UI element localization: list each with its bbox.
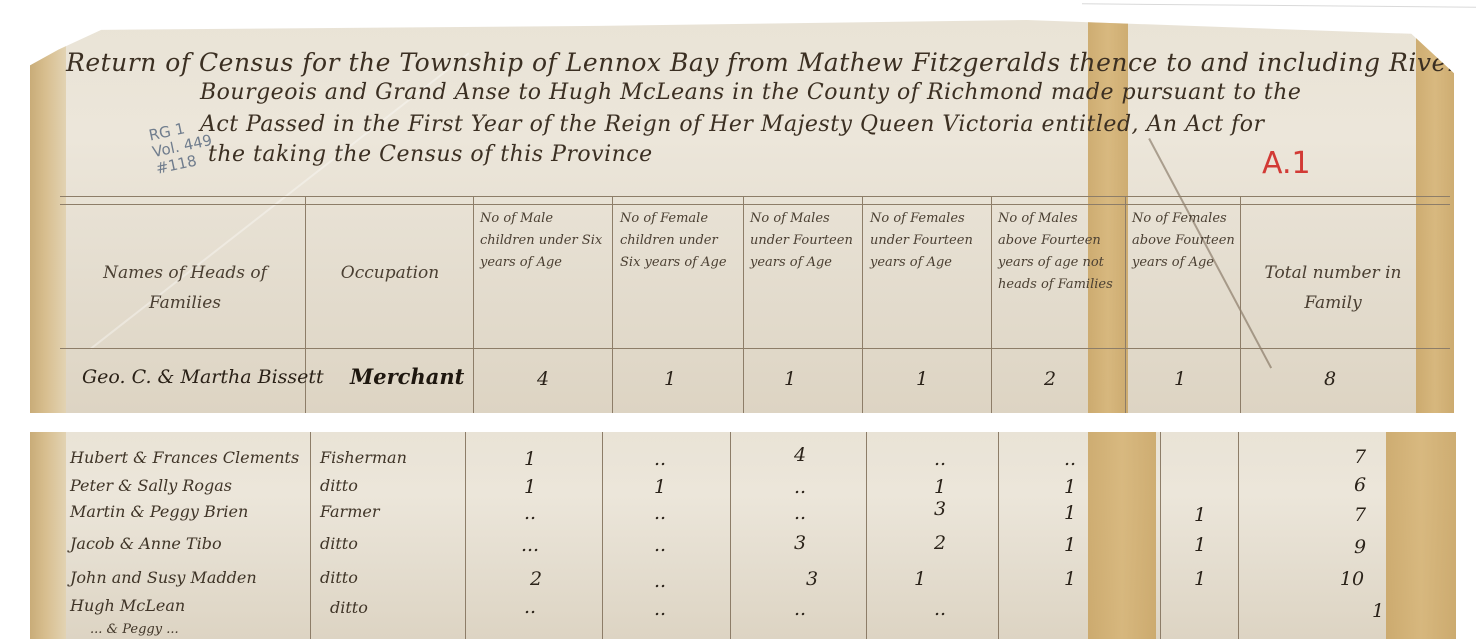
col-divider <box>602 432 603 639</box>
cell-female-above-14: 1 <box>1170 504 1230 526</box>
col-head-male-above-14: No of Males above Fourteen years of age … <box>998 208 1120 296</box>
cell-female-under-6: .. <box>630 502 690 524</box>
cell-male-under-6: .. <box>500 596 560 618</box>
cell-female-above-14: 1 <box>1170 534 1230 556</box>
census-page-top-strip: Return of Census for the Township of Len… <box>30 18 1454 413</box>
cell-occupation: Fisherman <box>320 448 407 467</box>
col-head-name: Names of Heads of Families <box>70 258 300 318</box>
cell-female-above-14: 1 <box>1150 368 1210 390</box>
cell-occupation: Farmer <box>320 502 380 521</box>
cell-female-under-6: .. <box>630 534 690 556</box>
cell-female-under-6: .. <box>630 448 690 470</box>
cell-male-under-14: 4 <box>770 444 830 466</box>
cell-male-above-14: .. <box>1040 448 1100 470</box>
cell-total: 6 <box>1330 474 1390 496</box>
table-top-rule-2 <box>60 204 1450 205</box>
cell-total: 7 <box>1330 504 1390 526</box>
cell-total: 7 <box>1330 446 1390 468</box>
col-head-male-under-6: No of Male children under Six years of A… <box>480 208 608 274</box>
col-divider <box>473 196 474 413</box>
cell-female-under-6: 1 <box>630 476 690 498</box>
title-line-4: the taking the Census of this Province <box>208 142 653 167</box>
cell-male-above-14: 1 <box>1040 534 1100 556</box>
col-head-total: Total number in Family <box>1248 258 1418 318</box>
cell-male-under-6: 2 <box>506 568 566 590</box>
census-page-bottom-strip: Hubert & Frances Clements Fisherman 1 ..… <box>30 432 1456 639</box>
cell-female-under-14: 1 <box>892 368 952 390</box>
cell-occupation: Merchant <box>350 364 464 389</box>
cell-female-under-14: .. <box>910 598 970 620</box>
cell-male-above-14: 1 <box>1040 502 1100 524</box>
col-divider <box>866 432 867 639</box>
col-divider <box>998 432 999 639</box>
title-line-3: Act Passed in the First Year of the Reig… <box>200 112 1265 137</box>
page-stamp: A.1 <box>1262 146 1311 181</box>
scan-edge-line <box>1082 3 1476 7</box>
title-line-2: Bourgeois and Grand Anse to Hugh McLeans… <box>200 80 1301 105</box>
cell-male-under-6: 1 <box>500 448 560 470</box>
cell-name: Jacob & Anne Tibo <box>70 534 222 553</box>
col-divider <box>862 196 863 413</box>
col-divider <box>310 432 311 639</box>
col-head-female-above-14: No of Females above Fourteen years of Ag… <box>1132 208 1236 274</box>
cell-male-under-14: .. <box>770 476 830 498</box>
cell-total: 9 <box>1330 536 1390 558</box>
col-head-occupation: Occupation <box>312 258 468 288</box>
cell-occupation: ditto <box>320 476 358 495</box>
cell-male-under-14: 1 <box>760 368 820 390</box>
archive-reference-mark: RG 1 Vol. 449 #118 <box>147 115 217 177</box>
cell-occupation: ditto <box>320 568 358 587</box>
table-top-rule <box>60 196 1450 197</box>
col-divider <box>730 432 731 639</box>
col-head-female-under-6: No of Female children under Six years of… <box>620 208 740 274</box>
cell-name: Martin & Peggy Brien <box>70 502 248 521</box>
cell-male-above-14: 1 <box>1040 568 1100 590</box>
cell-male-under-6: ... <box>500 534 560 556</box>
cell-total: 8 <box>1300 368 1360 390</box>
cell-name: Hugh McLean <box>70 596 185 615</box>
cell-male-above-14: 2 <box>1020 368 1080 390</box>
cell-occupation: ditto <box>320 534 358 553</box>
cell-male-under-6: 1 <box>500 476 560 498</box>
cell-male-under-14: 3 <box>770 532 830 554</box>
title-line-1: Return of Census for the Township of Len… <box>66 48 1454 77</box>
cell-name: Geo. C. & Martha Bissett <box>82 366 324 388</box>
cell-total: 1 <box>1348 600 1408 622</box>
cell-female-under-14: 1 <box>910 476 970 498</box>
cell-female-under-6: .. <box>630 570 690 592</box>
cell-female-under-14: 1 <box>890 568 950 590</box>
col-divider <box>1125 196 1126 413</box>
cell-male-under-14: .. <box>770 502 830 524</box>
col-divider <box>1238 432 1239 639</box>
cell-male-under-6: .. <box>500 502 560 524</box>
cell-female-under-14: 3 <box>910 498 970 520</box>
binding-edge <box>30 18 66 413</box>
cell-occupation: ditto <box>330 598 368 617</box>
col-divider <box>743 196 744 413</box>
cell-name: ... & Peggy ... <box>90 622 179 637</box>
cell-female-under-6: .. <box>630 598 690 620</box>
col-divider <box>991 196 992 413</box>
col-divider <box>1160 432 1161 639</box>
scan-gap <box>0 413 1476 432</box>
cell-male-above-14: 1 <box>1040 476 1100 498</box>
tape-strip-right <box>1416 18 1454 413</box>
header-bottom-rule <box>60 348 1450 349</box>
cell-male-under-14: 3 <box>782 568 842 590</box>
col-head-male-under-14: No of Males under Fourteen years of Age <box>750 208 858 274</box>
col-divider <box>612 196 613 413</box>
cell-name: Hubert & Frances Clements <box>70 448 299 467</box>
col-head-female-under-14: No of Females under Fourteen years of Ag… <box>870 208 988 274</box>
col-divider <box>1240 196 1241 413</box>
cell-female-under-14: .. <box>910 448 970 470</box>
cell-name: John and Susy Madden <box>70 568 257 587</box>
cell-female-above-14: 1 <box>1170 568 1230 590</box>
cell-male-under-6: 4 <box>513 368 573 390</box>
cell-total: 10 <box>1322 568 1382 590</box>
col-divider <box>465 432 466 639</box>
cell-male-under-14: .. <box>770 598 830 620</box>
binding-edge <box>30 432 66 639</box>
cell-female-under-6: 1 <box>640 368 700 390</box>
cell-name: Peter & Sally Rogas <box>70 476 232 495</box>
cell-female-under-14: 2 <box>910 532 970 554</box>
